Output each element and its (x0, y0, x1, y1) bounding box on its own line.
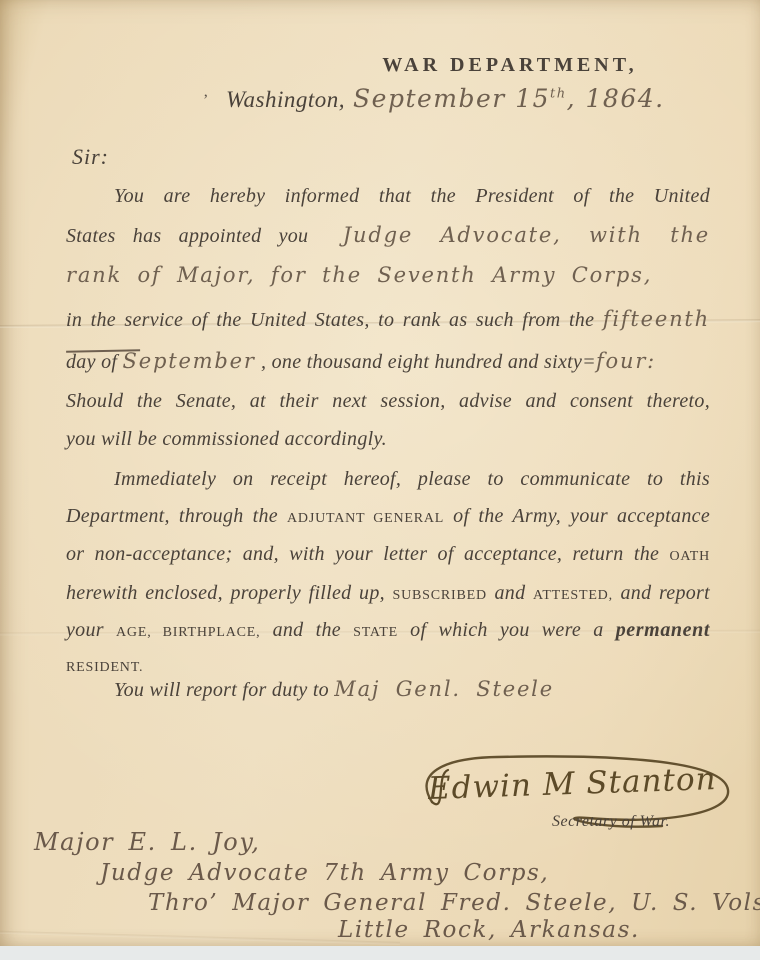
text-segment: Immediately on receipt hereof, please to… (114, 468, 710, 490)
dateline: Washington,September 15th, 1864. (226, 84, 665, 113)
body-line: Should the Senate, at their next session… (66, 388, 710, 414)
text-segment: Should the Senate, at their next session… (66, 390, 710, 412)
body-line: day of September , one thousand eight hu… (66, 348, 710, 375)
text-segment: or non-acceptance; and, with your letter… (66, 543, 669, 565)
text-segment: you will be commissioned accordingly. (66, 428, 387, 450)
body-line: You are hereby informed that the Preside… (66, 183, 710, 209)
text-segment: your (66, 619, 116, 641)
address-line: Little Rock, Arkansas. (338, 917, 640, 943)
body-line: herewith enclosed, properly filled up, S… (66, 580, 710, 609)
text-segment: September (123, 349, 256, 373)
pen-mark: ’ (203, 92, 208, 110)
date-year: , 1864. (567, 84, 665, 113)
text-segment: Maj Genl. Steele (334, 677, 554, 701)
text-segment: SUBSCRIBED (393, 588, 487, 603)
signature-title: Secretary of War. (552, 813, 670, 831)
text-segment: OATH (669, 549, 710, 564)
text-segment: You will report for duty to (114, 679, 334, 701)
date-day: September 15 (353, 84, 550, 113)
address-line: Thro’ Major General Fred. Steele, U. S. … (148, 890, 760, 916)
text-segment: States has appointed you (66, 225, 343, 247)
text-segment: STATE (353, 625, 398, 640)
text-segment: ADJUTANT GENERAL (287, 511, 444, 526)
letterhead-title: WAR DEPARTMENT, (300, 54, 720, 77)
body-line: Immediately on receipt hereof, please to… (66, 466, 710, 492)
text-segment: in the service of the United States, to … (66, 309, 603, 331)
text-segment: ATTESTED, (533, 588, 613, 603)
text-segment: of which you were a (398, 619, 616, 641)
address-line: Judge Advocate 7th Army Corps, (100, 860, 549, 886)
text-segment: and report (613, 582, 710, 604)
text-segment: permanent (616, 619, 710, 641)
body-line: rank of Major, for the Seventh Army Corp… (66, 262, 710, 289)
text-segment: and the (260, 619, 353, 641)
dateline-date: September 15th, 1864. (353, 84, 665, 113)
text-segment: herewith enclosed, properly filled up, (66, 582, 393, 604)
text-segment: You are hereby informed that the Preside… (114, 185, 710, 207)
address-line: Major E. L. Joy, (34, 828, 261, 856)
text-segment: of the Army, your acceptance (444, 505, 710, 527)
salutation: Sir: (72, 144, 109, 170)
text-segment: AGE, BIRTHPLACE, (116, 625, 260, 640)
text-segment: fifteenth (603, 307, 710, 331)
date-ordinal: th (550, 87, 567, 102)
document-paper: ’ WAR DEPARTMENT, Washington,September 1… (0, 0, 760, 946)
text-segment: rank of Major, for the Seventh Army Corp… (66, 263, 652, 287)
body-line: You will report for duty to Maj Genl. St… (66, 676, 710, 703)
text-segment: Judge Advocate, with the (343, 223, 710, 247)
dateline-place: Washington, (226, 87, 345, 112)
text-segment: day of (66, 351, 123, 373)
text-segment: RESIDENT. (66, 660, 143, 675)
body-line: your AGE, BIRTHPLACE, and the STATE of w… (66, 617, 710, 646)
body-line: States has appointed you Judge Advocate,… (66, 222, 710, 249)
text-segment: Department, through the (66, 505, 287, 527)
body-line: Department, through the ADJUTANT GENERAL… (66, 503, 710, 532)
text-segment: , one thousand eight hundred and sixty= (256, 351, 596, 373)
text-segment: and (487, 582, 533, 604)
body-line: you will be commissioned accordingly. (66, 426, 710, 452)
body-line: or non-acceptance; and, with your letter… (66, 541, 710, 570)
text-segment: four: (596, 349, 656, 373)
